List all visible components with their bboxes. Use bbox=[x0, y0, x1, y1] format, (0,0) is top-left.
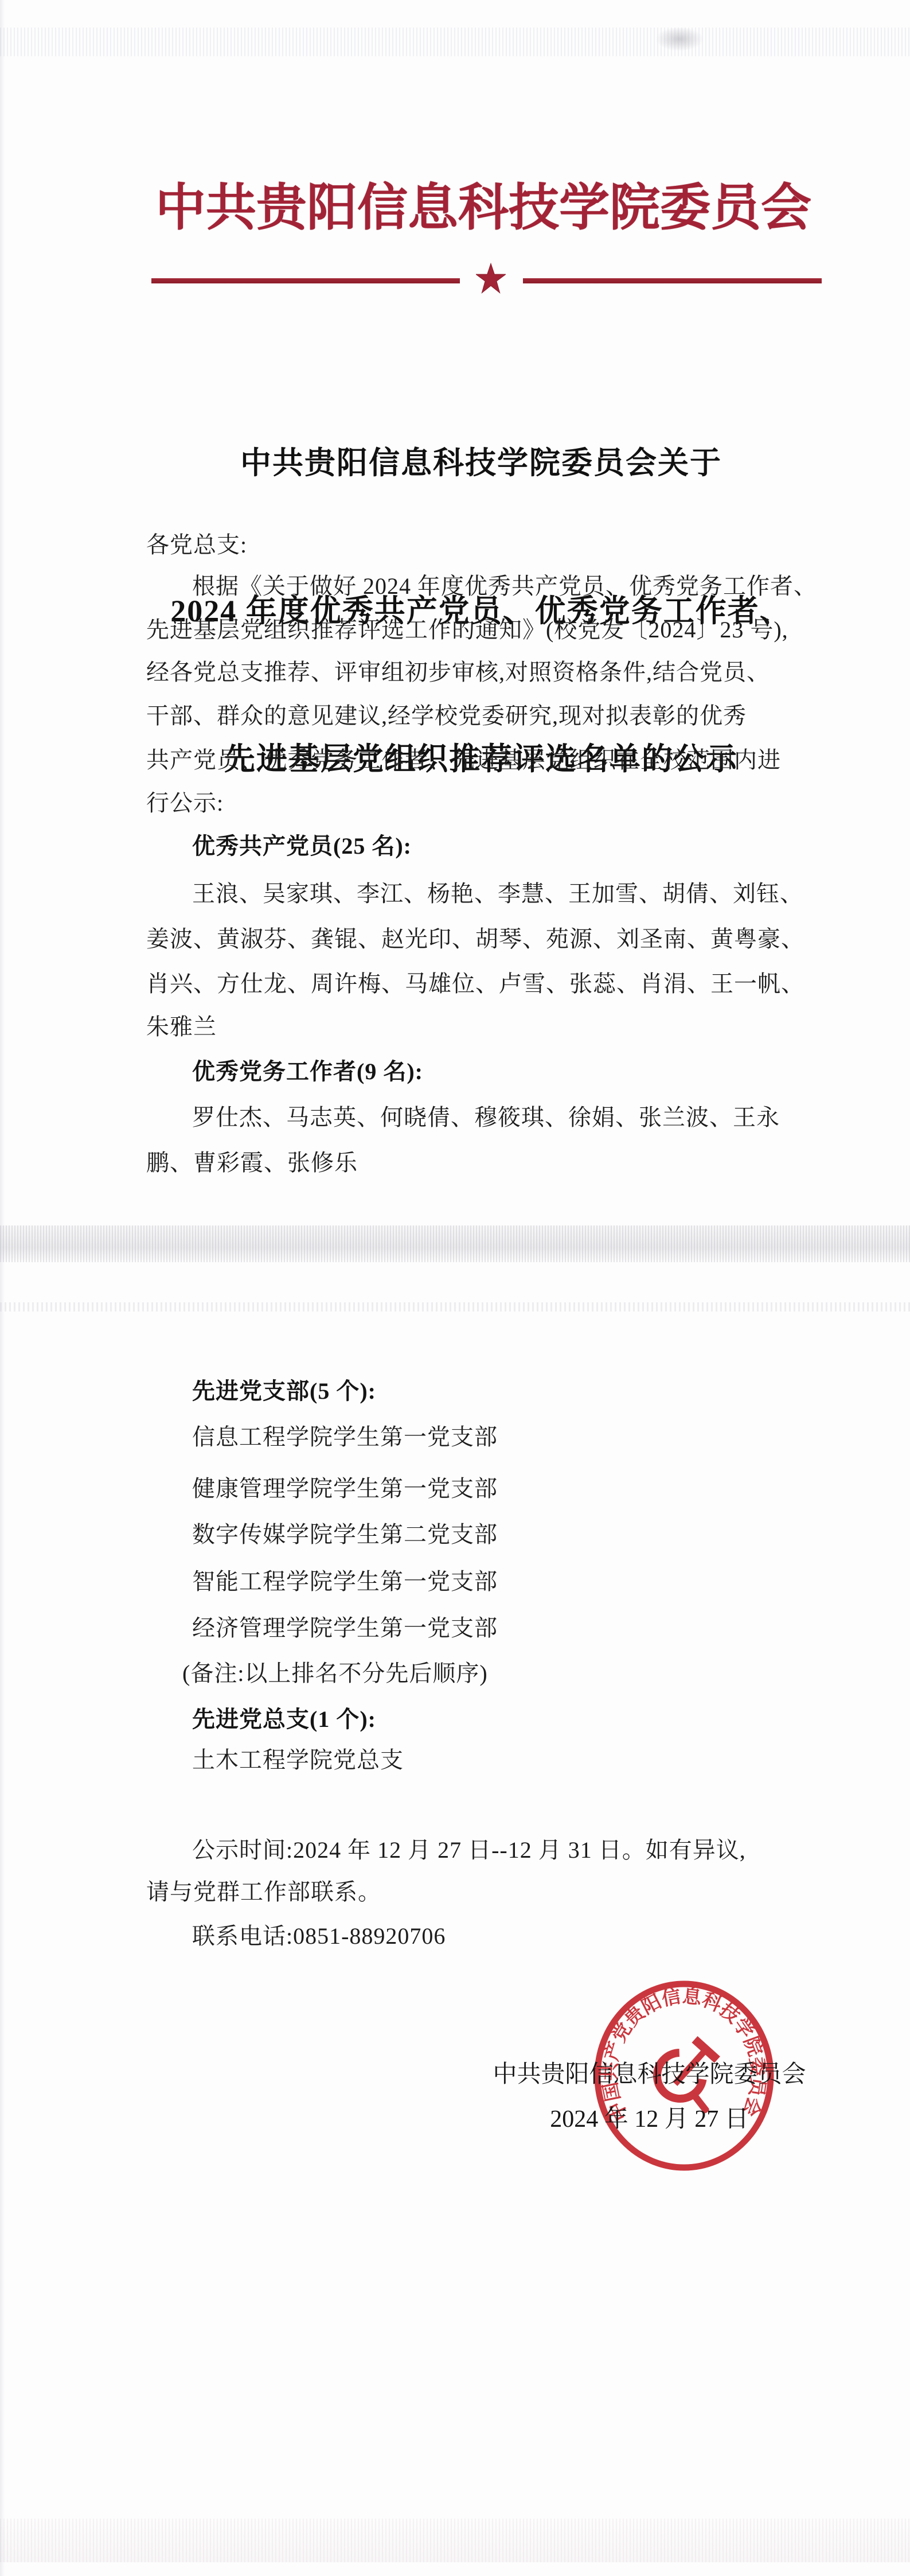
workers-names-line: 罗仕杰、马志英、何晓倩、穆筱琪、徐娟、张兰波、王永 bbox=[192, 1102, 780, 1133]
members-names-line: 姜波、黄淑芬、龚锟、赵光印、胡琴、苑源、刘圣南、黄粤豪、 bbox=[146, 924, 804, 955]
branch-item: 健康管理学院学生第一党支部 bbox=[192, 1473, 498, 1504]
members-names-line: 朱雅兰 bbox=[146, 1011, 217, 1042]
notice-phone-line: 联系电话:0851-88920706 bbox=[192, 1921, 446, 1952]
paragraph1-line: 先进基层党组织推荐评选工作的通知》(校党发〔2024〕23 号), bbox=[146, 614, 788, 645]
members-names-line: 王浪、吴家琪、李江、杨艳、李慧、王加雪、胡倩、刘钰、 bbox=[192, 878, 803, 909]
workers-names-line: 鹏、曹彩霞、张修乐 bbox=[146, 1147, 358, 1178]
ranking-note: (备注:以上排名不分先后顺序) bbox=[182, 1658, 488, 1689]
general-branch-item: 土木工程学院党总支 bbox=[192, 1745, 404, 1776]
heading-advanced-branches: 先进党支部(5 个): bbox=[192, 1376, 376, 1407]
heading-excellent-party-workers: 优秀党务工作者(9 名): bbox=[192, 1056, 423, 1087]
signature-date: 2024 年 12 月 27 日 bbox=[487, 2100, 811, 2134]
signature-org-name: 中共贵阳信息科技学院委员会 bbox=[487, 2055, 811, 2089]
paragraph1-line: 经各党总支推荐、评审组初步审核,对照资格条件,结合党员、 bbox=[146, 657, 770, 688]
paragraph1-line: 根据《关于做好 2024 年度优秀共产党员、优秀党务工作者、 bbox=[192, 571, 817, 602]
paragraph1-line: 干部、群众的意见建议,经学校党委研究,现对拟表彰的优秀 bbox=[146, 701, 747, 731]
red-star-icon bbox=[476, 262, 506, 297]
letterhead-rule-left bbox=[151, 278, 460, 283]
salutation: 各党总支: bbox=[146, 530, 247, 561]
scanned-document-page: 中共贵阳信息科技学院委员会 中共贵阳信息科技学院委员会关于 2024 年度优秀共… bbox=[0, 0, 910, 2576]
paragraph1-line: 行公示: bbox=[146, 788, 224, 819]
heading-advanced-general-branch: 先进党总支(1 个): bbox=[192, 1704, 376, 1735]
scan-noise-bottom bbox=[0, 2519, 910, 2562]
scan-noise-page2-top-edge bbox=[0, 1302, 910, 1312]
branch-item: 数字传媒学院学生第二党支部 bbox=[192, 1519, 498, 1550]
branch-item: 智能工程学院学生第一党支部 bbox=[192, 1566, 498, 1597]
members-names-line: 肖兴、方仕龙、周许梅、马雄位、卢雪、张蕊、肖涓、王一帆、 bbox=[146, 968, 804, 999]
scan-noise-top bbox=[0, 28, 910, 56]
branch-item: 经济管理学院学生第一党支部 bbox=[192, 1613, 498, 1644]
letterhead-rule-right bbox=[523, 278, 822, 283]
title-line-1: 中共贵阳信息科技学院委员会关于 bbox=[54, 438, 908, 488]
branch-item: 信息工程学院学生第一党支部 bbox=[192, 1422, 498, 1453]
notice-contact-line: 请与党群工作部联系。 bbox=[146, 1877, 381, 1908]
letterhead-org-name: 中共贵阳信息科技学院委员会 bbox=[145, 168, 822, 240]
scan-noise-left-edge bbox=[0, 0, 5, 2576]
heading-excellent-members: 优秀共产党员(25 名): bbox=[192, 831, 412, 862]
notice-period-line: 公示时间:2024 年 12 月 27 日--12 月 31 日。如有异议, bbox=[192, 1835, 746, 1866]
paragraph1-line: 共产党员、优秀党务工作者、先进基层党组织在全校范围内进 bbox=[146, 745, 781, 776]
scan-noise-page1-bottom-edge bbox=[0, 1225, 910, 1262]
